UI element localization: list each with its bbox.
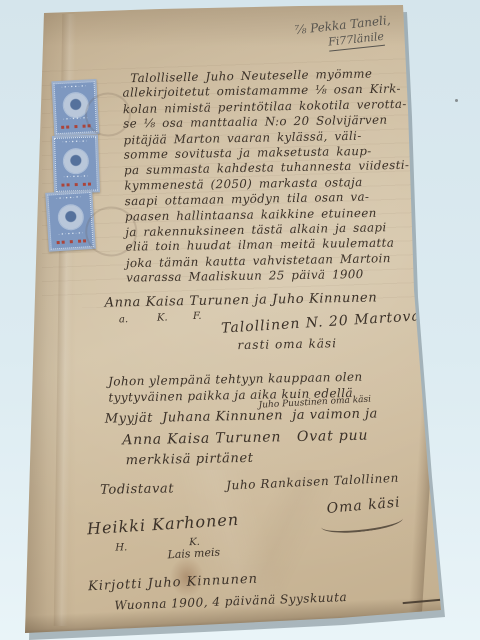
dust-speck [455, 99, 458, 102]
witness-note: Lais meis [167, 546, 220, 562]
consent-line-4: Anna Kaisa Turunen Ovat puu [122, 428, 368, 449]
stamp-top-band: ·•·••·•· [55, 83, 94, 91]
witness1-signature: Juho Rankaisen Talollinen [226, 471, 399, 493]
mark-note: rasti oma käsi [237, 336, 337, 352]
stamp-emblem [63, 149, 88, 174]
seller-initial-f: F. [193, 311, 202, 322]
seller-initial-k: K. [157, 312, 168, 323]
stamp-emblem [58, 205, 83, 230]
deed-line: vaarassa Maaliskuun 25 päivä 1900 [126, 266, 426, 286]
sellers-signature: Anna Kaisa Turunen ja Juho Kinnunen [104, 290, 377, 310]
revenue-stamp-2: ·•·••·•· ·•·••·•· ▪▪ ▪ ▪▪ [52, 134, 100, 194]
buyer-signature: Talollinen N. 20 Martova [221, 308, 422, 337]
witness2-signature: Heikki Karhonen [86, 510, 239, 539]
stamp-top-band: ·•·••·•· [48, 194, 89, 203]
stamp-frame: ·•·••·•· ·•·••·•· ▪▪ ▪ ▪▪ [54, 136, 98, 192]
seller-initial-a: a. [119, 314, 128, 325]
witness-label: Todistavat [100, 481, 174, 497]
witness2-initial-h: H. [115, 542, 127, 553]
pencil-annotation: ⅞ Pekka Taneli, Fi77länile [294, 13, 393, 55]
closing-cross-mark: × [448, 600, 457, 613]
deed-body: Talolliselle Juho Neuteselle myömme alle… [122, 66, 426, 287]
consent-line-3: Myyjät Juhana Kinnunen ja vaimon ja [105, 406, 378, 426]
photo-background: ⅞ Pekka Taneli, Fi77länile ·•·••·•· ·•·•… [0, 0, 480, 640]
writer-line: Kirjotti Juho Kinnunen [88, 572, 259, 595]
consent-line-5: merkkisä pirtänet [126, 451, 254, 468]
stamp-top-band: ·•·••·•· [55, 138, 95, 145]
stamp-red-overprint: ▪▪ ▪ ▪▪ [57, 180, 97, 188]
